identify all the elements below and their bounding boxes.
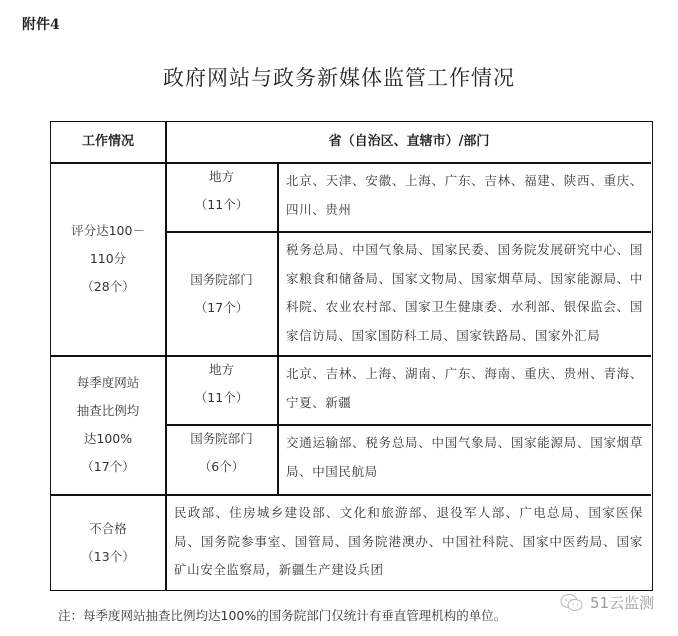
type-label: 国务院部门: [190, 425, 253, 453]
category-count: （17个）: [81, 453, 134, 481]
category-line: 每季度网站: [77, 369, 140, 397]
footnote: 注：每季度网站抽查比例均达100%的国务院部门仅统计有垂直管理机构的单位。: [58, 606, 506, 624]
category-unqualified: 不合格 （13个）: [51, 495, 165, 590]
category-count: （28个）: [81, 273, 134, 301]
type-label: 地方: [209, 356, 234, 384]
wechat-icon: [560, 593, 584, 613]
category-line: 110分: [90, 245, 126, 273]
category-line: 评分达100－: [71, 217, 145, 245]
category-score-100-110: 评分达100－ 110分 （28个）: [51, 163, 165, 355]
type-count: （11个）: [195, 384, 248, 412]
supervision-table: 工作情况 省（自治区、直辖市）/部门 评分达100－ 110分 （28个） 地方…: [50, 121, 653, 591]
header-work-status: 工作情况: [51, 122, 165, 162]
type-state-council: 国务院部门 （6个）: [166, 425, 277, 494]
type-count: （17个）: [195, 294, 248, 322]
type-local: 地方 （11个）: [166, 356, 277, 424]
type-local: 地方 （11个）: [166, 163, 277, 231]
type-count: （6个）: [199, 453, 244, 481]
category-line: 达100%: [84, 425, 132, 453]
members-list: 税务总局、中国气象局、国家民委、国务院发展研究中心、国家粮食和储备局、国家文物局…: [278, 232, 651, 355]
header-province-dept: 省（自治区、直辖市）/部门: [166, 122, 652, 162]
type-label: 国务院部门: [190, 266, 253, 294]
members-list: 民政部、住房城乡建设部、文化和旅游部、退役军人部、广电总局、国家医保局、国务院参…: [166, 495, 651, 590]
members-list: 北京、吉林、上海、湖南、广东、海南、重庆、贵州、青海、宁夏、新疆: [278, 356, 651, 424]
members-list: 北京、天津、安徽、上海、广东、吉林、福建、陕西、重庆、四川、贵州: [278, 163, 651, 231]
attachment-label: 附件4: [22, 14, 60, 34]
type-state-council: 国务院部门 （17个）: [166, 232, 277, 355]
category-line: 抽查比例均: [77, 397, 140, 425]
watermark: 51云监测: [560, 592, 654, 613]
category-line: 不合格: [89, 515, 127, 543]
type-count: （11个）: [195, 191, 248, 219]
category-quarterly-100: 每季度网站 抽查比例均 达100% （17个）: [51, 356, 165, 494]
category-count: （13个）: [81, 543, 134, 571]
type-label: 地方: [209, 163, 234, 191]
members-list: 交通运输部、税务总局、中国气象局、国家能源局、国家烟草局、中国民航局: [278, 425, 651, 494]
watermark-text: 51云监测: [590, 592, 654, 613]
page-title: 政府网站与政务新媒体监管工作情况: [0, 62, 678, 92]
